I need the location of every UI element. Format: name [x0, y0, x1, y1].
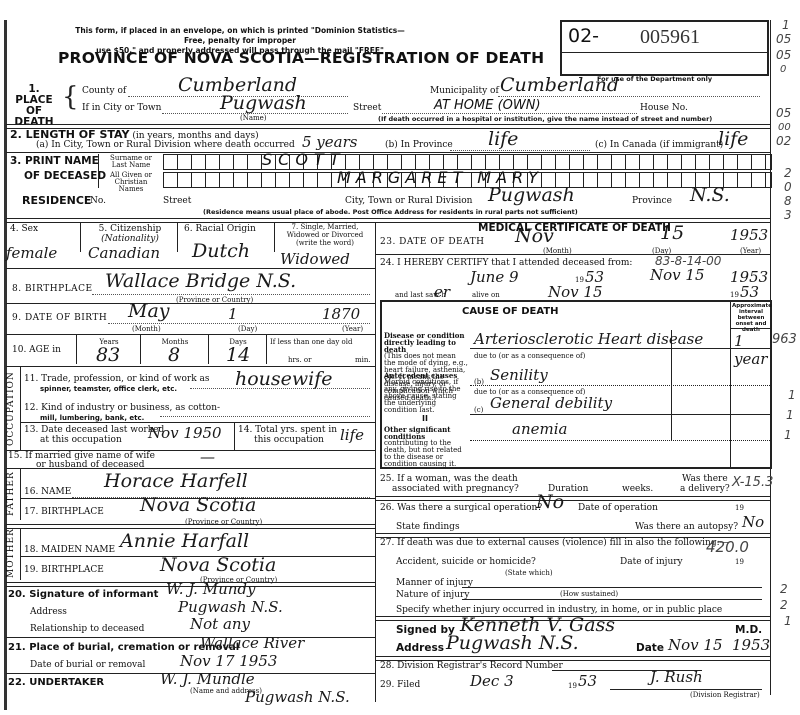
- place-of-death-label: 1. PLACE OF DEATH: [8, 84, 60, 128]
- q15-value: —: [200, 448, 215, 466]
- margin-note: 05: [776, 32, 791, 46]
- undertaker-label: 22. UNDERTAKER: [8, 677, 104, 688]
- age-less-label: If less than one day old: [270, 338, 352, 346]
- q27-label: 27. If death was due to external causes …: [380, 538, 729, 548]
- operation-date-label: Date of operation: [578, 503, 658, 513]
- q26-value: No: [536, 491, 564, 513]
- mother-birthplace-value: Nova Scotia: [160, 554, 276, 576]
- page-title: PROVINCE OF NOVA SCOTIA—REGISTRATION OF …: [58, 49, 544, 67]
- q12-label: 12. Kind of industry or business, as cot…: [24, 403, 220, 423]
- mother-name-value: Annie Harfall: [120, 530, 249, 552]
- injury-date-label: Date of injury: [620, 557, 683, 567]
- mother-name-label: 18. MAIDEN NAME: [24, 545, 115, 555]
- other-conditions-value: anemia: [512, 420, 567, 438]
- residence-province-value: N.S.: [690, 184, 730, 206]
- margin-note: 3: [784, 208, 792, 222]
- age-label: 10. AGE in: [12, 345, 61, 355]
- cause-of-death-box: CAUSE OF DEATH Approximate interval betw…: [380, 300, 772, 469]
- mother-side-label: MOTHER: [6, 532, 16, 578]
- margin-note: 1: [788, 388, 796, 402]
- notice-line-1: This form, if placed in an envelope, on …: [70, 26, 410, 46]
- injury-year-prefix: 19: [735, 558, 744, 566]
- cause-b-value: Senility: [490, 366, 548, 384]
- street-value: AT HOME (OWN): [434, 98, 541, 113]
- residence-city-label: City, Town or Rural Division: [345, 196, 472, 206]
- cause-a-interval: 1 year: [734, 332, 770, 368]
- dob-month-caption: (Month): [132, 325, 161, 333]
- registration-number-box: 02- 005961: [560, 20, 769, 76]
- last-saw-year-prefix: 19: [730, 291, 739, 299]
- part-two-label: II: [422, 414, 428, 423]
- margin-note: 1: [784, 614, 792, 628]
- margin-note: 00: [778, 122, 791, 133]
- mother-birthplace-label: 19. BIRTHPLACE: [24, 565, 104, 575]
- filed-year-prefix: 19: [568, 682, 577, 690]
- antecedent-label: Antecedent causes Morbid conditions, if …: [384, 372, 468, 414]
- registration-prefix: 02-: [568, 25, 599, 47]
- relationship-value: Not any: [190, 615, 250, 633]
- residence-street-label: Street: [163, 196, 191, 206]
- stay-c-label: (c) In Canada (if immigrant): [595, 140, 723, 150]
- q14-value: life: [340, 426, 364, 444]
- margin-note: 05: [776, 48, 791, 62]
- sig-year-value: 1953: [732, 636, 770, 654]
- q24-label: 24. I HEREBY CERTIFY that I attended dec…: [380, 258, 632, 268]
- hospital-note: (If death occurred in a hospital or inst…: [378, 115, 712, 123]
- dob-year: 1870: [322, 305, 360, 323]
- cause-clerk-note: 963: [772, 332, 797, 347]
- margin-note: 02: [776, 134, 791, 148]
- father-name-value: Horace Harfell: [104, 470, 248, 492]
- dob-day: 1: [228, 305, 238, 323]
- q11-label: 11. Trade, profession, or kind of work a…: [24, 374, 210, 394]
- death-year: 1953: [730, 226, 768, 244]
- registration-number: 005961: [640, 26, 700, 49]
- given-names-label: All Given or Christian Names: [102, 172, 160, 193]
- attended-to: Nov 15: [650, 266, 705, 284]
- marital-status-value: Widowed: [280, 250, 350, 268]
- marital-status-label: 7. Single, Married, Widowed or Divorced …: [278, 223, 372, 247]
- alive-on-label: alive on: [472, 291, 500, 299]
- residence-city-value: Pugwash: [488, 184, 575, 206]
- margin-note: 0: [784, 180, 792, 194]
- informant-address-value: Pugwash N.S.: [178, 598, 283, 616]
- age-min-label: min.: [355, 356, 371, 364]
- brace: {: [62, 84, 79, 110]
- stay-a-label: (a) In City, Town or Rural Division wher…: [36, 140, 295, 150]
- attended-from: June 9: [470, 268, 519, 286]
- birthplace-label: 8. BIRTHPLACE: [12, 284, 93, 294]
- surname-value: SCOTT: [262, 150, 345, 169]
- registrar-signature: J. Rush: [650, 668, 703, 686]
- house-label: House No.: [640, 103, 688, 113]
- father-birthplace-value: Nova Scotia: [140, 494, 256, 516]
- medical-certificate-title: MEDICAL CERTIFICATE OF DEATH: [478, 222, 671, 234]
- q23-label: 23. DATE OF DEATH: [380, 237, 484, 247]
- undertaker-address: Pugwash N.S.: [245, 688, 350, 706]
- death-month: Nov: [515, 225, 554, 247]
- accident-label: Accident, suicide or homicide?: [396, 557, 536, 567]
- age-years-value: 83: [96, 344, 120, 366]
- last-saw-date: Nov 15: [548, 283, 603, 301]
- last-saw-year: 53: [740, 283, 759, 301]
- dob-day-caption: (Day): [238, 325, 257, 333]
- autopsy-label: Was there an autopsy?: [635, 522, 738, 532]
- accident-caption: (State which): [505, 569, 553, 577]
- margin-note: 1: [786, 408, 794, 422]
- md-label: M.D.: [735, 624, 762, 636]
- q11-value: housewife: [235, 368, 333, 390]
- q14-label: 14. Total yrs. spent in this occupation: [238, 425, 337, 445]
- relationship-label: Relationship to deceased: [30, 624, 144, 634]
- margin-note: 1: [784, 428, 792, 442]
- sex-label: 4. Sex: [10, 224, 38, 234]
- informant-sig-label: 20. Signature of informant: [8, 589, 158, 600]
- age-days-value: 14: [226, 344, 250, 366]
- q13-label: 13. Date deceased last worked at this oc…: [24, 425, 164, 445]
- dob-year-caption: (Year): [342, 325, 363, 333]
- registrar-caption: (Division Registrar): [690, 691, 760, 699]
- cause-c-value: General debility: [490, 394, 612, 412]
- city-label: If in City or Town: [82, 103, 161, 113]
- sig-date-label: Date: [636, 642, 664, 654]
- findings-label: State findings: [396, 522, 460, 532]
- residence-no-label: No.: [90, 196, 106, 206]
- citizenship-label: 5. Citizenship (Nationality): [84, 224, 176, 244]
- q29-label: 29. Filed: [380, 680, 420, 690]
- sig-address-value: Pugwash N.S.: [446, 632, 579, 654]
- operation-year-prefix: 19: [735, 504, 744, 512]
- sig-address-label: Address: [396, 642, 444, 654]
- age-hrs-label: hrs. or: [288, 356, 311, 364]
- last-saw-her: er: [434, 283, 450, 301]
- margin-note: 2: [780, 582, 788, 596]
- municipality-label: Municipality of: [430, 86, 499, 96]
- q28-label: 28. Division Registrar's Record Number: [380, 661, 563, 671]
- stay-b-value: life: [488, 128, 518, 150]
- margin-note: 2: [780, 598, 788, 612]
- municipality-value: Cumberland: [500, 74, 619, 96]
- burial-date-label: Date of burial or removal: [30, 660, 145, 670]
- sig-date-value: Nov 15: [668, 636, 723, 654]
- autopsy-value: No: [742, 513, 764, 531]
- weeks-label: weeks.: [622, 484, 653, 494]
- stay-a-value: 5 years: [302, 133, 357, 151]
- father-birthplace-label: 17. BIRTHPLACE: [24, 507, 104, 517]
- residence-province-label: Province: [632, 196, 672, 206]
- burial-date-value: Nov 17 1953: [180, 652, 277, 670]
- cause-c-prefix: (c): [474, 406, 483, 414]
- street-label: Street: [353, 103, 381, 113]
- name-caption: (Name): [240, 114, 267, 122]
- due-to-a: due to (or as a consequence of): [474, 352, 585, 360]
- racial-origin-label: 6. Racial Origin: [184, 224, 256, 234]
- age-months-value: 8: [168, 344, 180, 366]
- occupation-side-label: OCCUPATION: [6, 372, 16, 446]
- margin-note: 8: [784, 194, 792, 208]
- external-clerk-note: 420.0: [706, 538, 749, 556]
- birthplace-value: Wallace Bridge N.S.: [105, 270, 296, 292]
- undertaker-value: W. J. Mundle: [160, 670, 255, 688]
- citizenship-value: Canadian: [88, 244, 160, 262]
- margin-note: 0: [780, 64, 786, 75]
- residence-note: (Residence means usual place of abode. P…: [203, 208, 578, 216]
- father-side-label: FATHER: [6, 474, 16, 516]
- sex-value: female: [6, 244, 57, 262]
- nature-label: Nature of injury: [396, 590, 469, 600]
- manner-caption: (How sustained): [560, 590, 618, 598]
- father-name-label: 16. NAME: [24, 487, 71, 497]
- informant-address-label: Address: [30, 607, 67, 617]
- residence-label: RESIDENCE: [22, 194, 91, 207]
- county-label: County of: [82, 86, 126, 96]
- informant-sig-value: W. J. Mundy: [166, 580, 255, 598]
- stay-b-label: (b) In Province: [385, 140, 453, 150]
- cause-a-value: Arteriosclerotic Heart disease: [474, 330, 703, 348]
- dob-label: 9. DATE OF BIRTH: [12, 313, 107, 323]
- delivery-value: X-15.3: [732, 475, 773, 490]
- margin-note: 05: [776, 106, 791, 120]
- deceased-name-label: 3. PRINT NAME OF DECEASED: [10, 154, 106, 184]
- margin-note: 2: [784, 166, 792, 180]
- q26-label: 26. Was there a surgical operation?: [380, 503, 542, 513]
- surname-label: Surname or Last Name: [102, 155, 160, 169]
- q13-value: Nov 1950: [148, 424, 222, 442]
- stay-c-value: life: [718, 128, 748, 150]
- death-day: 15: [660, 222, 684, 244]
- racial-origin-value: Dutch: [192, 240, 250, 262]
- other-conditions-label: Other significant conditions contributin…: [384, 426, 468, 468]
- cause-title: CAUSE OF DEATH: [462, 306, 559, 317]
- delivery-label: Was there a delivery?: [680, 474, 730, 494]
- dob-month: May: [128, 300, 170, 322]
- margin-note: 1: [782, 18, 790, 32]
- filed-year: 53: [578, 672, 597, 690]
- q25-label: 25. If a woman, was the death associated…: [380, 474, 519, 494]
- burial-place-value: Wallace River: [200, 634, 304, 652]
- city-value: Pugwash: [220, 92, 307, 114]
- filed-date: Dec 3: [470, 672, 514, 690]
